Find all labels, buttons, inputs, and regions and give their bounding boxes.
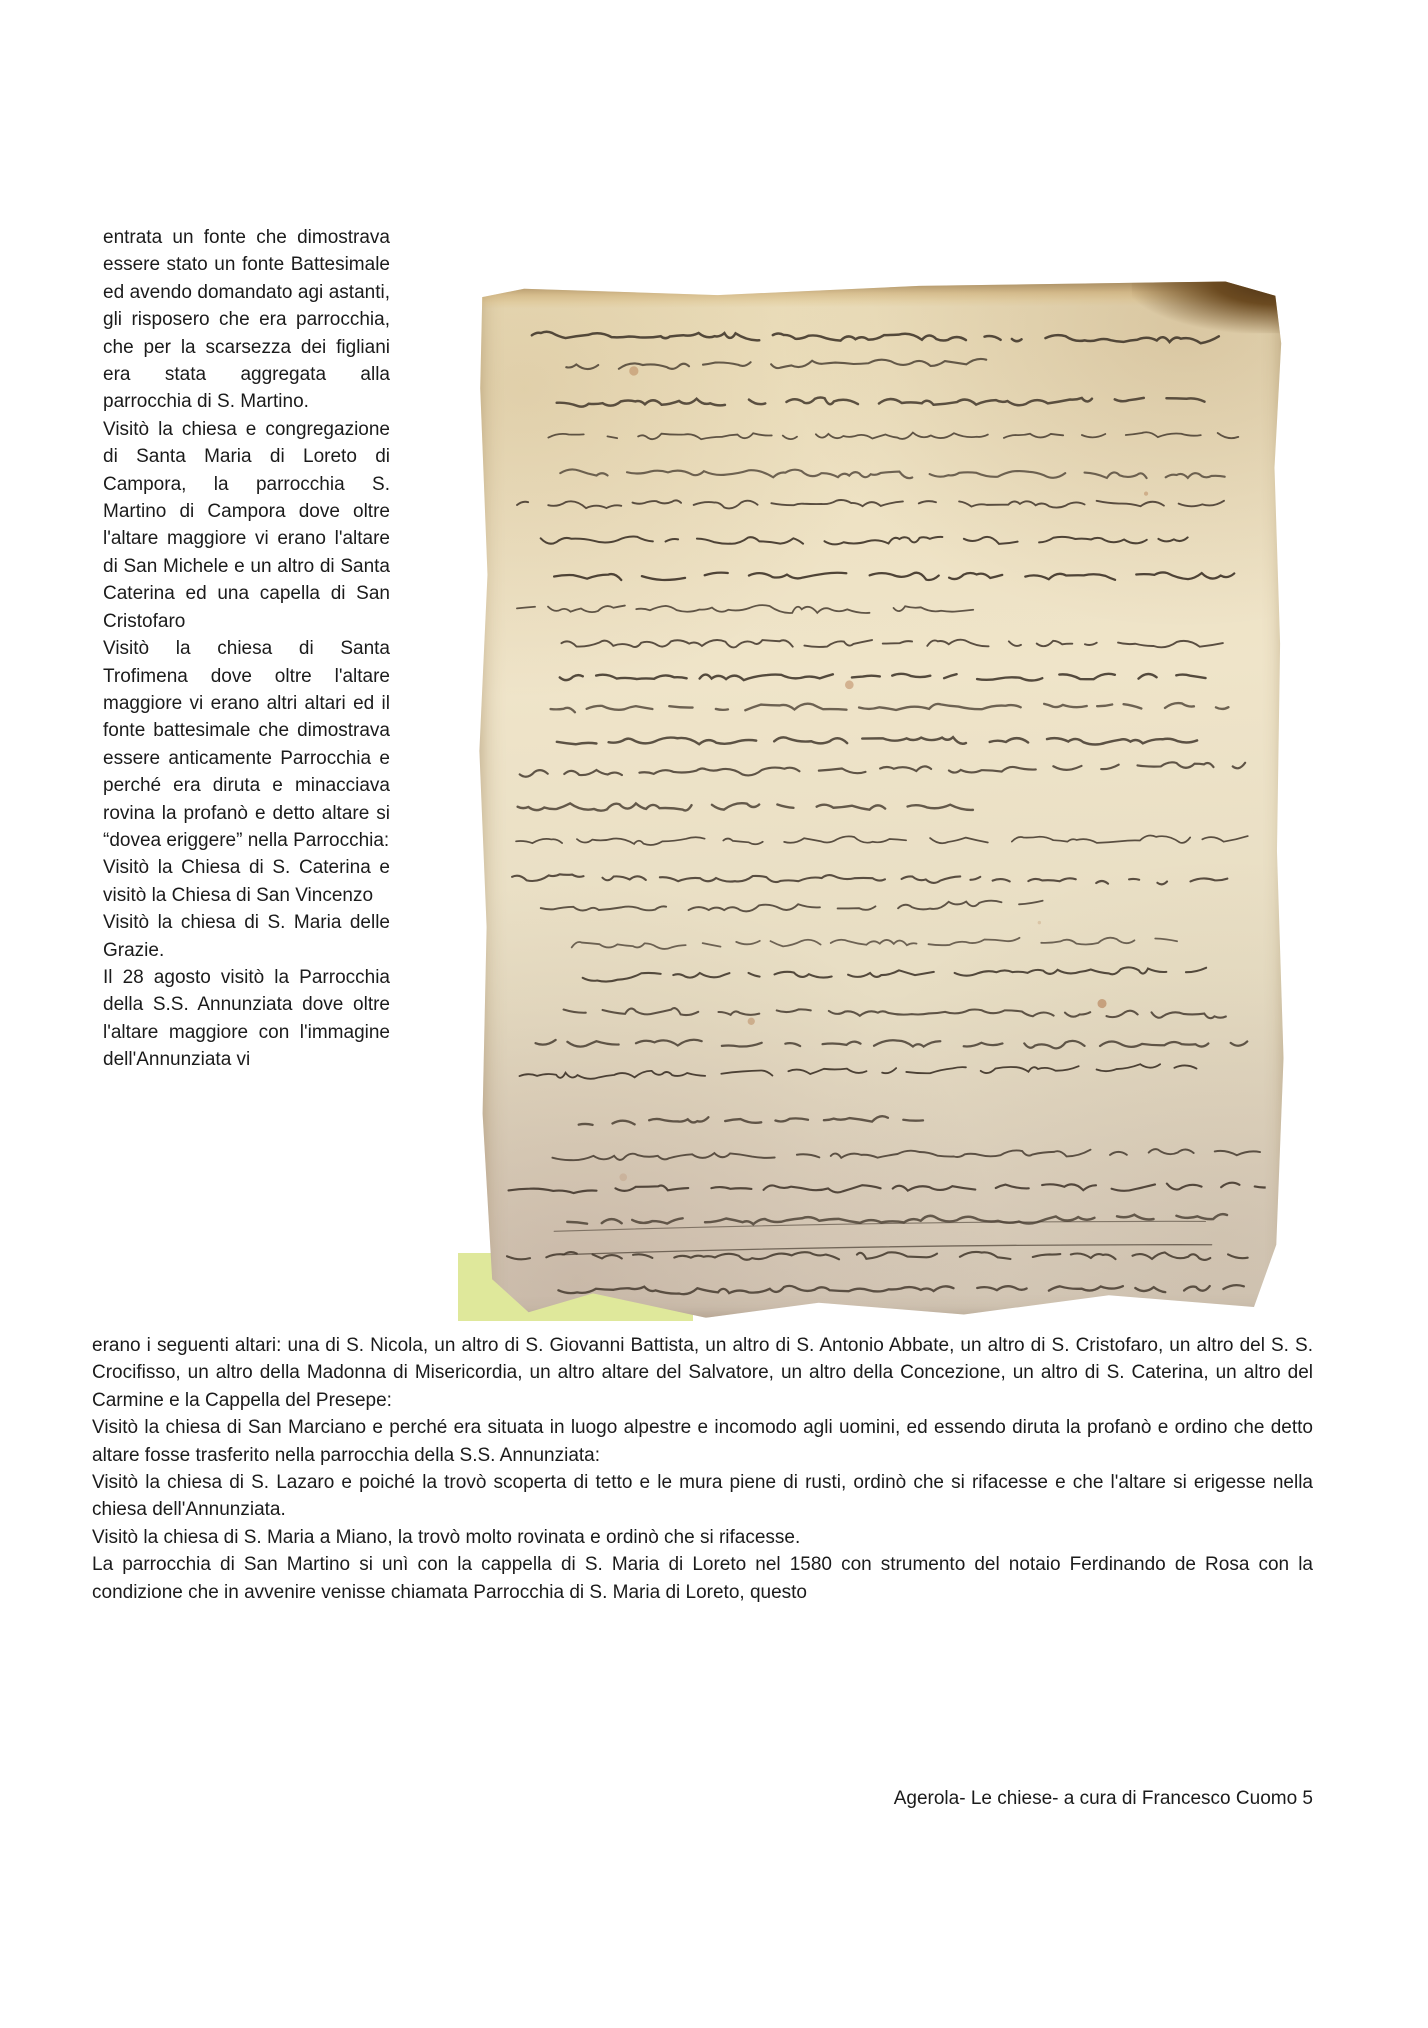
- left-column-paragraph: Visitò la chiesa di S. Maria delle Grazi…: [103, 909, 390, 964]
- body-text: erano i seguenti altari: una di S. Nicol…: [92, 1332, 1313, 1606]
- body-paragraph: La parrocchia di San Martino si unì con …: [92, 1551, 1313, 1606]
- body-paragraph: Visitò la chiesa di San Marciano e perch…: [92, 1414, 1313, 1469]
- left-column-paragraph: Visitò la Chiesa di S. Caterina e visitò…: [103, 854, 390, 909]
- left-column-paragraph: entrata un fonte che dimostrava essere s…: [103, 224, 390, 416]
- body-paragraph: Visitò la chiesa di S. Lazaro e poiché l…: [92, 1469, 1313, 1524]
- left-column-paragraph: Il 28 agosto visitò la Parrocchia della …: [103, 964, 390, 1074]
- manuscript-figure: [458, 283, 1284, 1321]
- body-paragraph: erano i seguenti altari: una di S. Nicol…: [92, 1332, 1313, 1414]
- left-column-paragraph: Visitò la chiesa e congregazione di Sant…: [103, 416, 390, 635]
- body-paragraph: Visitò la chiesa di S. Maria a Miano, la…: [92, 1524, 1313, 1551]
- handwriting-ink: [498, 309, 1266, 1302]
- manuscript-paper: [476, 281, 1287, 1321]
- page-footer: Agerola- Le chiese- a cura di Francesco …: [92, 1788, 1313, 1810]
- left-column-paragraph: Visitò la chiesa di Santa Trofimena dove…: [103, 635, 390, 854]
- left-column: entrata un fonte che dimostrava essere s…: [103, 224, 390, 1074]
- document-page: entrata un fonte che dimostrava essere s…: [0, 0, 1428, 2028]
